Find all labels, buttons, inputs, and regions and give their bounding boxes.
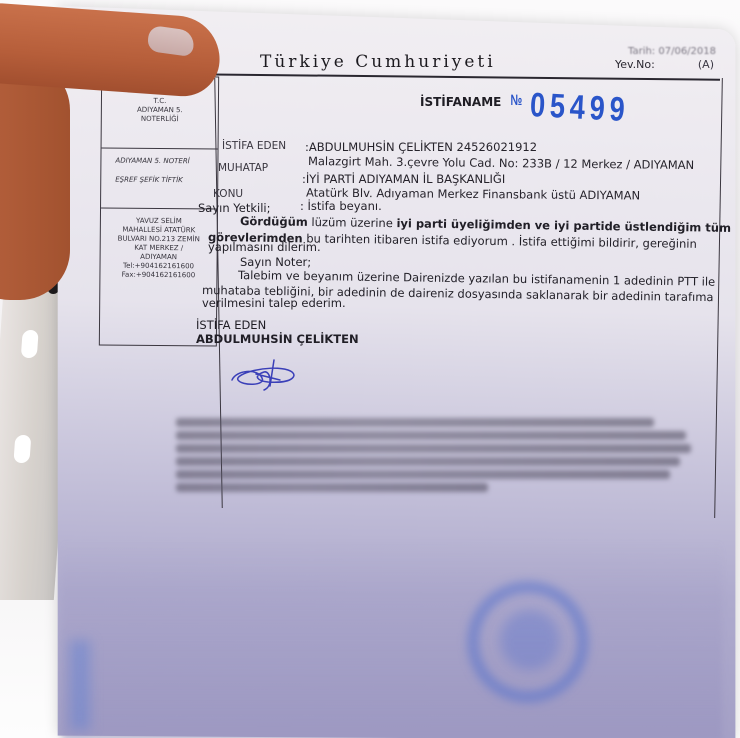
paragraph-1-line-3: yapılmasını dilerim. — [208, 240, 321, 254]
blurred-line — [176, 418, 654, 427]
notary-address-line: BULVARI NO.213 ZEMİN — [103, 235, 215, 245]
subject-label: KONU — [213, 188, 243, 200]
notary-office-line: NOTERLİĞİ — [104, 115, 216, 125]
signoff-name: ABDULMUHSİN ÇELİKTEN — [196, 332, 359, 346]
republic-title: Türkiye Cumhuriyeti — [260, 52, 496, 72]
sleeve-punch-hole — [21, 330, 39, 358]
resigner-value: :ABDULMUHSİN ÇELİKTEN 24526021912 — [305, 140, 537, 154]
date-label: Tarih: 07/06/2018 — [628, 46, 716, 57]
serial-number-stamp: № 05499 — [508, 86, 655, 125]
certification-text-blurred — [176, 414, 696, 534]
photo-scene: Türkiye Cumhuriyeti Tarih: 07/06/2018 Ye… — [0, 0, 740, 738]
addressee-label: MUHATAP — [218, 162, 268, 174]
document-header: Türkiye Cumhuriyeti Tarih: 07/06/2018 Ye… — [190, 48, 720, 74]
sleeve-punch-hole — [13, 435, 31, 463]
bold-text: Gördüğüm — [240, 214, 308, 229]
text-span: lüzüm üzerine — [308, 215, 397, 230]
blurred-line — [176, 444, 691, 453]
numero-sign: № — [511, 92, 523, 109]
signature — [228, 356, 308, 400]
signoff-label: İSTİFA EDEN — [196, 318, 266, 332]
subject-value: : İstifa beyanı. — [300, 199, 382, 213]
lower-blur-region — [62, 540, 722, 738]
document-type: İSTİFANAME — [420, 95, 501, 109]
ref-number-value: (A) — [698, 58, 714, 71]
notary-title: ADIYAMAN 5. NOTERİ — [115, 157, 215, 167]
paragraph-2-line-3: verilmesini talep ederim. — [202, 296, 346, 310]
resigner-label: İSTİFA EDEN — [222, 140, 286, 152]
ink-smear — [70, 640, 90, 730]
blurred-line — [176, 470, 670, 479]
official-stamp-center — [500, 610, 560, 670]
serial-digits: 05499 — [529, 86, 631, 130]
salutation-official: Sayın Yetkili; — [198, 201, 271, 215]
notary-name: EŞREF ŞEFİK TİFTİK — [115, 176, 215, 186]
addressee-value: :İYİ PARTİ ADIYAMAN İL BAŞKANLIĞI — [302, 172, 505, 186]
notary-fax: Fax:+904162161600 — [102, 271, 214, 281]
blurred-line — [176, 457, 680, 466]
notary-address-box: YAVUZ SELİM MAHALLESİ ATATÜRK BULVARI NO… — [100, 208, 217, 284]
blurred-line — [176, 431, 686, 440]
salutation-notary: Sayın Noter; — [240, 255, 311, 269]
ref-number-label: Yev.No: — [615, 58, 655, 71]
hand-palm — [0, 60, 70, 300]
blurred-line — [176, 483, 488, 492]
